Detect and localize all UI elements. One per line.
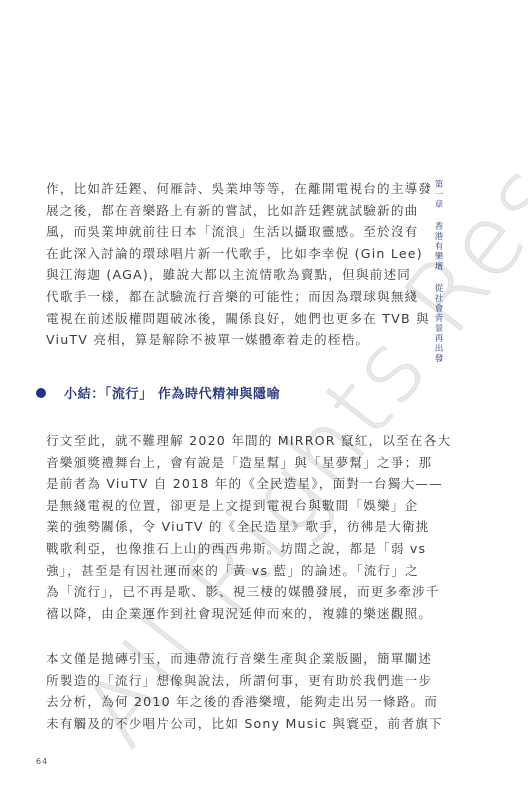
- text-line: 與江海迦 (AGA)，雖說大都以主流情歌為賣點，但與前述同: [46, 264, 416, 286]
- text-line: 風，而吳業坤就前往日本「流浪」生活以攝取靈感。至於沒有: [46, 221, 416, 243]
- text-line: 在此深入討論的環球唱片新一代歌手，比如李幸倪 (Gin Lee): [46, 243, 416, 265]
- text-line: 戰歌利亞，也像推石上山的西西弗斯。坊間之說，都是「弱 vs: [46, 538, 416, 560]
- text-line: 未有觸及的不少唱片公司，比如 Sony Music 與寰亞，前者旗下: [46, 713, 416, 735]
- running-header-vertical: 第 一 章 香 港 有 樂 壇 從 社 會 背 景 再 出 發: [433, 180, 445, 376]
- text-line: 禧以降，由企業運作到社會現況延伸而來的，複雜的樂迷觀照。: [46, 603, 416, 625]
- text-line: 業的強勢關係，令 ViuTV 的《全民造星》歌手，彷彿是大衛挑: [46, 516, 416, 538]
- text-line: 是前者為 ViuTV 自 2018 年的《全民造星》，面對一台獨大——: [46, 473, 416, 495]
- paragraph-2: 行文至此，就不難理解 2020 年間的 MIRROR 竄紅，以至在各大 音樂頒獎…: [46, 430, 416, 624]
- paragraph-1: 作，比如許廷鏗、何雁詩、吳業坤等等，在離開電視台的主導發 展之後，都在音樂路上有…: [46, 178, 416, 351]
- text-line: 電視在前述版權問題破冰後，關係良好，她們也更多在 TVB 與: [46, 308, 416, 330]
- chapter-title: 香 港 有 樂 壇: [433, 222, 445, 272]
- text-line: 展之後，都在音樂路上有新的嘗試，比如許廷鏗就試驗新的曲: [46, 200, 416, 222]
- text-line: 是無綫電視的位置，卻更是上文提到電視台與數間「娛樂」企: [46, 495, 416, 517]
- text-line: 去分析，為何 2010 年之後的香港樂壇，能夠走出另一條路。而: [46, 691, 416, 713]
- text-line: 為「流行」，已不再是歌、影、視三棲的媒體發展，而更多牽涉千: [46, 581, 416, 603]
- section-heading: 小結：「流行」 作為時代精神與隱喻: [36, 383, 280, 402]
- text-line: 本文僅是拋磚引玉，而連帶流行音樂生產與企業版圖，簡單闡述: [46, 648, 416, 670]
- text-line: ViuTV 亮相，算是解除不被單一媒體牽着走的桎梏。: [46, 329, 416, 351]
- page-number: 64: [36, 757, 48, 766]
- section-heading-text: 小結：「流行」 作為時代精神與隱喻: [64, 383, 280, 402]
- chapter-subtitle: 從 社 會 背 景 再 出 發: [433, 284, 445, 364]
- text-line: 強」，甚至是有因社運而來的「黃 vs 藍」的論述。「流行」之: [46, 560, 416, 582]
- text-line: 音樂頒獎禮舞台上，會有說是「造星幫」與「星夢幫」之爭；那: [46, 452, 416, 474]
- bullet-icon: [36, 388, 46, 398]
- text-line: 作，比如許廷鏗、何雁詩、吳業坤等等，在離開電視台的主導發: [46, 178, 416, 200]
- paragraph-3: 本文僅是拋磚引玉，而連帶流行音樂生產與企業版圖，簡單闡述 所製造的「流行」想像與…: [46, 648, 416, 734]
- chapter-label: 第 一 章: [433, 180, 445, 210]
- book-page: All Rights Reserved 作，比如許廷鏗、何雁詩、吳業坤等等，在離…: [0, 0, 528, 792]
- text-line: 代歌手一樣，都在試驗流行音樂的可能性；而因為環球與無綫: [46, 286, 416, 308]
- text-line: 所製造的「流行」想像與說法，所謂何事，更有助於我們進一步: [46, 670, 416, 692]
- text-line: 行文至此，就不難理解 2020 年間的 MIRROR 竄紅，以至在各大: [46, 430, 416, 452]
